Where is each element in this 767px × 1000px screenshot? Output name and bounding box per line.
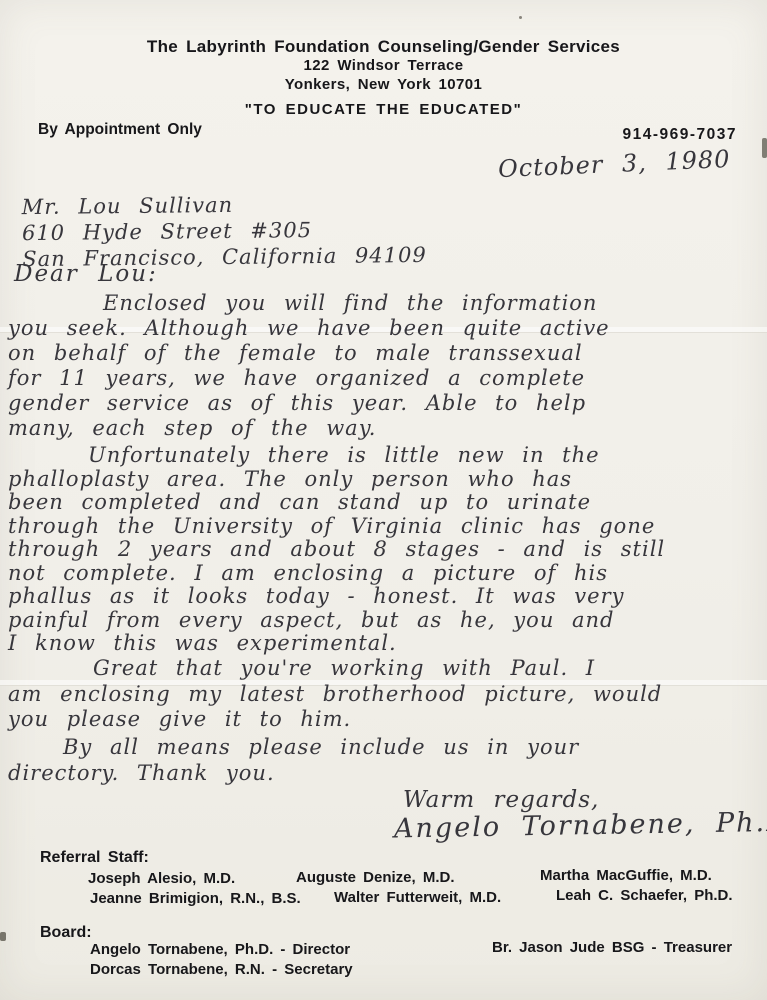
referral-name: Jeanne Brimigion, R.N., B.S. bbox=[90, 890, 301, 907]
referral-name: Walter Futterweit, M.D. bbox=[334, 889, 501, 906]
scan-speck-top bbox=[519, 16, 522, 19]
referral-name: Leah C. Schaefer, Ph.D. bbox=[556, 887, 733, 904]
organization-name: The Labyrinth Foundation Counseling/Gend… bbox=[0, 36, 767, 57]
board-label: Board: bbox=[40, 924, 92, 942]
organization-motto: "TO EDUCATE THE EDUCATED" bbox=[0, 101, 767, 120]
board-member: Angelo Tornabene, Ph.D. - Director bbox=[90, 941, 350, 958]
salutation: Dear Lou: bbox=[14, 261, 158, 287]
board-member: Br. Jason Jude BSG - Treasurer bbox=[492, 939, 732, 956]
street-address: 122 Windsor Terrace bbox=[0, 57, 767, 76]
referral-name: Joseph Alesio, M.D. bbox=[88, 870, 235, 887]
body-paragraph-1: Enclosed you will find the information y… bbox=[8, 291, 760, 441]
phone-number: 914-969-7037 bbox=[622, 126, 737, 144]
letter-date: October 3, 1980 bbox=[497, 145, 730, 183]
scan-smudge-left-edge bbox=[0, 932, 6, 941]
board-member: Dorcas Tornabene, R.N. - Secretary bbox=[90, 961, 353, 978]
letterhead: The Labyrinth Foundation Counseling/Gend… bbox=[0, 36, 767, 120]
referral-staff-label: Referral Staff: bbox=[40, 849, 149, 867]
letter-page: The Labyrinth Foundation Counseling/Gend… bbox=[0, 0, 767, 1000]
appointment-note: By Appointment Only bbox=[38, 121, 202, 139]
signature: Angelo Tornabene, Ph.D. bbox=[394, 806, 767, 844]
scan-smudge-right-edge bbox=[762, 138, 767, 158]
city-state-zip: Yonkers, New York 10701 bbox=[0, 76, 767, 95]
body-paragraph-4: By all means please include us in your d… bbox=[8, 734, 760, 786]
recipient-address: Mr. Lou Sullivan 610 Hyde Street #305 Sa… bbox=[22, 190, 427, 272]
body-paragraph-3: Great that you're working with Paul. I a… bbox=[8, 656, 760, 733]
referral-name: Martha MacGuffie, M.D. bbox=[540, 867, 712, 884]
closing-phrase: Warm regards, bbox=[403, 787, 599, 813]
referral-name: Auguste Denize, M.D. bbox=[296, 869, 455, 886]
body-paragraph-2: Unfortunately there is little new in the… bbox=[8, 444, 760, 656]
